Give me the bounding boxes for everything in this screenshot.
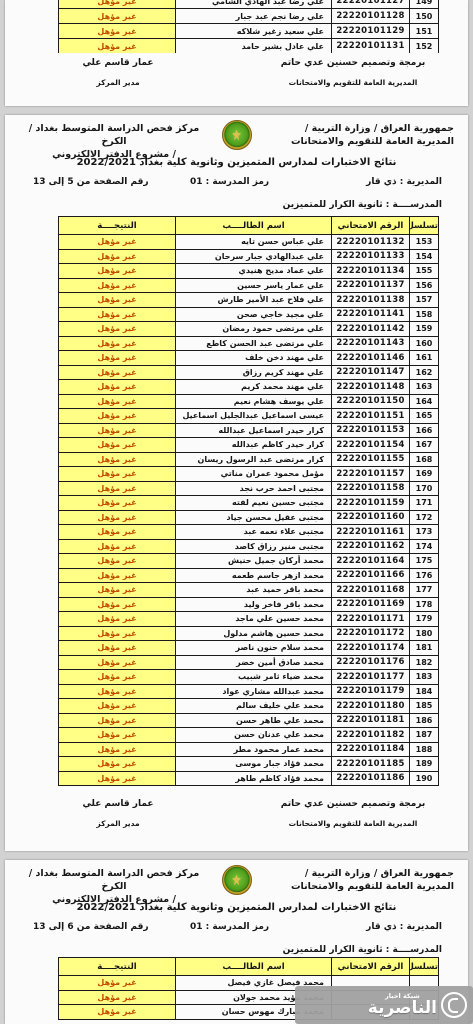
serial-cell: 160 [410, 336, 439, 351]
result-cell: غير مؤهل [59, 452, 176, 467]
student-name-cell: علي مهند محمد كريم [176, 380, 332, 395]
exam-number-cell: 22220101172 [332, 626, 410, 641]
table-row: 18622220101181محمد علي طاهر حسنغير مؤهل [59, 713, 439, 728]
exam-number-cell: 22220101171 [332, 612, 410, 627]
serial-cell: 156 [410, 278, 439, 293]
school-name-label: المدرســــة : ثانوية الكرار للمتميزين [283, 200, 442, 210]
student-name-cell: محمد حسين علي ماجد [176, 612, 332, 627]
info-line: المديرية : ذي قار رمز المدرسة : 01 رقم ا… [5, 922, 468, 935]
student-name-cell: علي مهند كريم رزاق [176, 365, 332, 380]
serial-cell: 166 [410, 423, 439, 438]
result-cell: غير مؤهل [59, 409, 176, 424]
student-name-cell: محمد علي طاهر حسن [176, 713, 332, 728]
table-row: 17122220101159مجتبى حسين نعيم لفتهغير مؤ… [59, 496, 439, 511]
student-name-cell: مؤمل محمود عمران مناتي [176, 467, 332, 482]
student-name-cell: كرار مرتضى عبد الرسول ريسان [176, 452, 332, 467]
student-name-cell: علي مرتضى عبد الحسن كاطع [176, 336, 332, 351]
exam-number-cell: 22220101160 [332, 510, 410, 525]
student-name-cell: مجتبى حسين نعيم لفته [176, 496, 332, 511]
student-name-cell: محمد ازهر جاسم طعمه [176, 568, 332, 583]
serial-cell: 177 [410, 583, 439, 598]
student-name-cell: مجتبى احمد حرب نجد [176, 481, 332, 496]
exam-number-cell: 22220101150 [332, 394, 410, 409]
footer-signature: عمار قاسم علي مدير المركز [73, 58, 163, 87]
footer-directorate-name: المديرية العامة للتقويم والامتحانات [263, 78, 443, 87]
exam-number-cell: 22220101134 [332, 264, 410, 279]
serial-cell: 151 [410, 24, 439, 39]
serial-cell: 152 [410, 39, 439, 54]
header-gov-line2: المديرية العامة للتقويم والامتحانات [269, 880, 454, 893]
exam-number-cell: 22220101154 [332, 438, 410, 453]
serial-cell: 159 [410, 322, 439, 337]
result-cell: غير مؤهل [59, 365, 176, 380]
header-center-block: مركز فحص الدراسة المتوسط بغداد / الكرخ /… [19, 122, 209, 161]
serial-cell: 174 [410, 539, 439, 554]
exam-number-cell: 22220101161 [332, 525, 410, 540]
exam-number-cell: 22220101131 [332, 39, 410, 54]
table-row: 15622220101137علي عمار ياسر حسينغير مؤهل [59, 278, 439, 293]
serial-cell: 158 [410, 307, 439, 322]
student-name-cell: محمد عبدالله مشاري عواد [176, 684, 332, 699]
result-column-header: النتيجــــة [59, 958, 176, 976]
table-row: 18822220101184محمد عمار محمود مطرغير مؤه… [59, 742, 439, 757]
table-row: 16322220101148علي مهند محمد كريمغير مؤهل [59, 380, 439, 395]
serial-cell: 180 [410, 626, 439, 641]
result-cell: غير مؤهل [59, 583, 176, 598]
result-cell: غير مؤهل [59, 757, 176, 772]
exam-number-cell: 22220101141 [332, 307, 410, 322]
serial-cell: 185 [410, 699, 439, 714]
student-name-cell: محمد سلام حنون ناصر [176, 641, 332, 656]
serial-cell: 182 [410, 655, 439, 670]
result-cell: غير مؤهل [59, 626, 176, 641]
result-cell: غير مؤهل [59, 336, 176, 351]
table-row: 15322220101132علي عباس حسن تايهغير مؤهل [59, 235, 439, 250]
table-row: 15822220101141علي مجيد خاجي صحنغير مؤهل [59, 307, 439, 322]
result-column-header: النتيجــــة [59, 217, 176, 235]
header-center-block: مركز فحص الدراسة المتوسط بغداد / الكرخ /… [19, 867, 209, 906]
exam-number-cell: 22220101159 [332, 496, 410, 511]
student-name-cell: محمد باقر حميد عبد [176, 583, 332, 598]
serial-cell: 172 [410, 510, 439, 525]
directorate-label: المديرية : ذي قار [366, 177, 442, 187]
result-cell: غير مؤهل [59, 990, 176, 1005]
result-cell: غير مؤهل [59, 655, 176, 670]
table-row: 15422220101133علي عبدالهادي جبار سرحانغي… [59, 249, 439, 264]
result-cell: غير مؤهل [59, 728, 176, 743]
student-name-cell: علي عباس حسن تايه [176, 235, 332, 250]
exam-number-cell: 22220101169 [332, 597, 410, 612]
page-number-label: رقم الصفحة من 5 إلى 13 [33, 177, 149, 187]
student-name-cell: محمد ضياء ثامر شبيب [176, 670, 332, 685]
footer-director-name: عمار قاسم علي [73, 58, 163, 68]
exam-number-column-header: الرقم الامتحاني [332, 958, 410, 976]
result-cell: غير مؤهل [59, 380, 176, 395]
document-title: نتائج الاختبارات لمدارس المتميزين وثانوي… [5, 157, 468, 168]
results-table: تسلسل الرقم الامتحاني اسم الطالــــب الن… [58, 216, 439, 786]
exam-number-cell: 22220101127 [332, 0, 410, 9]
results-table: 14922220101127علي رضا عبد الهادي الشاميغ… [58, 0, 439, 53]
table-row: 14922220101127علي رضا عبد الهادي الشاميغ… [59, 0, 439, 9]
table-row: 15922220101142علي مرتضى حمود رمضانغير مؤ… [59, 322, 439, 337]
serial-cell: 188 [410, 742, 439, 757]
result-cell: غير مؤهل [59, 481, 176, 496]
serial-cell: 176 [410, 568, 439, 583]
exam-number-cell: 22220101133 [332, 249, 410, 264]
result-cell: غير مؤهل [59, 264, 176, 279]
serial-cell: 186 [410, 713, 439, 728]
page-footer: برمجة وتصميم حسنين عدي حاتم المديرية الع… [5, 799, 468, 859]
results-table-head: تسلسل الرقم الامتحاني اسم الطالــــب الن… [59, 217, 439, 235]
serial-cell: 173 [410, 525, 439, 540]
table-row: 15122220101129علي سعيد زغير شلاكهغير مؤه… [59, 24, 439, 39]
serial-cell: 162 [410, 365, 439, 380]
footer-signature: عمار قاسم علي مدير المركز [73, 799, 163, 828]
exam-number-cell: 22220101157 [332, 467, 410, 482]
table-row: 17322220101161مجتبى علاء نعمه عبدغير مؤه… [59, 525, 439, 540]
directorate-label: المديرية : ذي قار [366, 922, 442, 932]
serial-cell: 157 [410, 293, 439, 308]
result-cell: غير مؤهل [59, 742, 176, 757]
footer-programming-credit: برمجة وتصميم حسنين عدي حاتم [263, 58, 443, 68]
table-row: 18322220101177محمد ضياء ثامر شبيبغير مؤه… [59, 670, 439, 685]
footer-credits: برمجة وتصميم حسنين عدي حاتم المديرية الع… [263, 799, 443, 828]
exam-number-cell: 22220101151 [332, 409, 410, 424]
exam-number-cell: 22220101128 [332, 9, 410, 24]
result-cell: غير مؤهل [59, 554, 176, 569]
news-network-logo-icon [441, 992, 467, 1018]
exam-number-cell: 22220101166 [332, 568, 410, 583]
table-row: 16422220101150علي يوسف هشام نعيمغير مؤهل [59, 394, 439, 409]
result-cell: غير مؤهل [59, 394, 176, 409]
result-cell: غير مؤهل [59, 423, 176, 438]
serial-column-header: تسلسل [410, 958, 439, 976]
result-cell: غير مؤهل [59, 351, 176, 366]
result-cell: غير مؤهل [59, 467, 176, 482]
serial-column-header: تسلسل [410, 217, 439, 235]
result-cell: غير مؤهل [59, 278, 176, 293]
results-table-fragment: 14922220101127علي رضا عبد الهادي الشاميغ… [57, 0, 439, 53]
exam-number-cell: 22220101146 [332, 351, 410, 366]
table-row: 17822220101169محمد باقر فاخر وليدغير مؤه… [59, 597, 439, 612]
school-name-label: المدرســــة : ثانوية الكرار للمتميزين [283, 945, 442, 955]
result-cell: غير مؤهل [59, 235, 176, 250]
exam-number-cell: 22220101185 [332, 757, 410, 772]
serial-cell: 179 [410, 612, 439, 627]
table-row: 17522220101164محمد أركان جميل حنيشغير مؤ… [59, 554, 439, 569]
table-row: 18922220101185محمد فؤاد جبار موسىغير مؤه… [59, 757, 439, 772]
result-cell: غير مؤهل [59, 1005, 176, 1020]
result-cell: غير مؤهل [59, 771, 176, 786]
student-name-cell: علي مهند دخن خلف [176, 351, 332, 366]
result-cell: غير مؤهل [59, 249, 176, 264]
exam-number-cell: 22220101168 [332, 583, 410, 598]
student-name-cell: علي فلاح عبد الأمير طارش [176, 293, 332, 308]
exam-number-cell: 22220101177 [332, 670, 410, 685]
table-row: 15722220101138علي فلاح عبد الأمير طارشغي… [59, 293, 439, 308]
table-row: 19022220101186محمد فؤاد كاظم طاهرغير مؤه… [59, 771, 439, 786]
result-cell: غير مؤهل [59, 597, 176, 612]
table-row: 18722220101182محمد علي عدنان حسنغير مؤهل [59, 728, 439, 743]
serial-cell: 184 [410, 684, 439, 699]
student-name-cell: علي رضا نجم عبد جبار [176, 9, 332, 24]
exam-number-cell: 22220101153 [332, 423, 410, 438]
header-center-line1: مركز فحص الدراسة المتوسط بغداد / الكرخ [19, 867, 209, 893]
serial-cell: 155 [410, 264, 439, 279]
serial-cell: 163 [410, 380, 439, 395]
document-title: نتائج الاختبارات لمدارس المتميزين وثانوي… [5, 902, 468, 913]
exam-number-cell: 22220101147 [332, 365, 410, 380]
student-name-cell: مجتبى علاء نعمه عبد [176, 525, 332, 540]
result-cell: غير مؤهل [59, 39, 176, 54]
student-name-cell: علي سعيد زغير شلاكه [176, 24, 332, 39]
serial-cell: 153 [410, 235, 439, 250]
results-table-wrap: تسلسل الرقم الامتحاني اسم الطالــــب الن… [57, 216, 439, 786]
serial-cell: 189 [410, 757, 439, 772]
exam-number-cell: 22220101179 [332, 684, 410, 699]
student-name-cell: محمد عمار محمود مطر [176, 742, 332, 757]
table-row: 18422220101179محمد عبدالله مشاري عوادغير… [59, 684, 439, 699]
table-row: 16522220101151عيسى اسماعيل عبدالجليل اسم… [59, 409, 439, 424]
student-name-cell: محمد أركان جميل حنيش [176, 554, 332, 569]
serial-cell: 161 [410, 351, 439, 366]
student-name-cell: علي مجيد خاجي صحن [176, 307, 332, 322]
result-cell: غير مؤهل [59, 24, 176, 39]
watermark-main-text: الناصرية [368, 1000, 437, 1017]
header-gov-line2: المديرية العامة للتقويم والامتحانات [269, 135, 454, 148]
student-name-cell: كرار حيدر اسماعيل عبدالله [176, 423, 332, 438]
student-name-cell: محمد علي خليف سالم [176, 699, 332, 714]
serial-cell: 149 [410, 0, 439, 9]
exam-number-cell: 22220101148 [332, 380, 410, 395]
table-row: 15222220101131علي عادل بشير حامدغير مؤهل [59, 39, 439, 54]
table-row: 17722220101168محمد باقر حميد عبدغير مؤهل [59, 583, 439, 598]
serial-cell: 175 [410, 554, 439, 569]
student-name-cell: عيسى اسماعيل عبدالجليل اسماعيل [176, 409, 332, 424]
results-table-head: تسلسل الرقم الامتحاني اسم الطالــــب الن… [59, 958, 439, 976]
result-cell: غير مؤهل [59, 612, 176, 627]
student-name-cell: علي عمار ياسر حسين [176, 278, 332, 293]
nasiriyah-news-watermark: شبكة اخبار الناصرية [295, 986, 473, 1024]
table-row: 16022220101143علي مرتضى عبد الحسن كاطعغي… [59, 336, 439, 351]
footer-credits: برمجة وتصميم حسنين عدي حاتم المديرية الع… [263, 58, 443, 87]
results-page: جمهورية العراق / وزارة التربية / المديري… [5, 115, 468, 851]
student-name-cell: محمد حسين هاشم مدلول [176, 626, 332, 641]
serial-cell: 178 [410, 597, 439, 612]
table-row: 17922220101171محمد حسين علي ماجدغير مؤهل [59, 612, 439, 627]
serial-cell: 168 [410, 452, 439, 467]
result-cell: غير مؤهل [59, 510, 176, 525]
footer-director-title: مدير المركز [73, 78, 163, 87]
serial-cell: 183 [410, 670, 439, 685]
exam-number-cell: 22220101142 [332, 322, 410, 337]
header-row: تسلسل الرقم الامتحاني اسم الطالــــب الن… [59, 958, 439, 976]
exam-number-cell: 22220101129 [332, 24, 410, 39]
exam-number-cell: 22220101137 [332, 278, 410, 293]
table-row: 18022220101172محمد حسين هاشم مدلولغير مؤ… [59, 626, 439, 641]
result-cell: غير مؤهل [59, 713, 176, 728]
header-center-line1: مركز فحص الدراسة المتوسط بغداد / الكرخ [19, 122, 209, 148]
student-name-cell: علي عبدالهادي جبار سرحان [176, 249, 332, 264]
result-cell: غير مؤهل [59, 496, 176, 511]
exam-number-cell: 22220101155 [332, 452, 410, 467]
table-row: 17022220101158مجتبى احمد حرب نجدغير مؤهل [59, 481, 439, 496]
exam-number-cell: 22220101162 [332, 539, 410, 554]
exam-number-cell: 22220101186 [332, 771, 410, 786]
footer-director-title: مدير المركز [73, 819, 163, 828]
result-cell: غير مؤهل [59, 684, 176, 699]
student-name-cell: علي عادل بشير حامد [176, 39, 332, 54]
table-row: 16722220101154كرار حيدر كاظم عبداللهغير … [59, 438, 439, 453]
results-page-fragment: 14922220101127علي رضا عبد الهادي الشاميغ… [5, 0, 468, 106]
serial-cell: 169 [410, 467, 439, 482]
table-row: 18522220101180محمد علي خليف سالمغير مؤهل [59, 699, 439, 714]
header-government-block: جمهورية العراق / وزارة التربية / المديري… [269, 122, 454, 148]
serial-cell: 154 [410, 249, 439, 264]
table-row: 15522220101134علي عماد مديح هنيديغير مؤه… [59, 264, 439, 279]
table-row: 15022220101128علي رضا نجم عبد جبارغير مؤ… [59, 9, 439, 24]
document-viewer: { "colors": { "app_background": "#d2d2d2… [0, 0, 473, 1024]
student-name-cell: علي مرتضى حمود رمضان [176, 322, 332, 337]
student-name-cell: علي عماد مديح هنيدي [176, 264, 332, 279]
result-cell: غير مؤهل [59, 322, 176, 337]
school-code-label: رمز المدرسة : 01 [190, 177, 269, 187]
ministry-emblem-icon [222, 120, 252, 150]
student-name-cell: مجتبى منير رزاق كاصد [176, 539, 332, 554]
serial-cell: 181 [410, 641, 439, 656]
result-cell: غير مؤهل [59, 307, 176, 322]
table-row: 18122220101174محمد سلام حنون ناصرغير مؤه… [59, 641, 439, 656]
serial-cell: 150 [410, 9, 439, 24]
result-cell: غير مؤهل [59, 976, 176, 991]
result-cell: غير مؤهل [59, 9, 176, 24]
serial-cell: 190 [410, 771, 439, 786]
exam-number-cell: 22220101182 [332, 728, 410, 743]
school-code-label: رمز المدرسة : 01 [190, 922, 269, 932]
exam-number-cell: 22220101132 [332, 235, 410, 250]
header-government-block: جمهورية العراق / وزارة التربية / المديري… [269, 867, 454, 893]
student-name-column-header: اسم الطالــــب [176, 958, 332, 976]
result-cell: غير مؤهل [59, 438, 176, 453]
serial-cell: 187 [410, 728, 439, 743]
student-name-cell: محمد باقر فاخر وليد [176, 597, 332, 612]
table-row: 17422220101162مجتبى منير رزاق كاصدغير مؤ… [59, 539, 439, 554]
page-number-label: رقم الصفحة من 6 إلى 13 [33, 922, 149, 932]
exam-number-cell: 22220101181 [332, 713, 410, 728]
table-row: 16822220101155كرار مرتضى عبد الرسول ريسا… [59, 452, 439, 467]
table-row: 18222220101176محمد صادق أمين خضرغير مؤهل [59, 655, 439, 670]
student-name-cell: علي يوسف هشام نعيم [176, 394, 332, 409]
footer-directorate-name: المديرية العامة للتقويم والامتحانات [263, 819, 443, 828]
news-network-text: شبكة اخبار الناصرية [368, 993, 437, 1018]
info-line: المديرية : ذي قار رمز المدرسة : 01 رقم ا… [5, 177, 468, 190]
results-table-body: 15322220101132علي عباس حسن تايهغير مؤهل1… [59, 235, 439, 786]
student-name-column-header: اسم الطالــــب [176, 217, 332, 235]
page-footer: برمجة وتصميم حسنين عدي حاتم المديرية الع… [5, 58, 468, 118]
student-name-cell: كرار حيدر كاظم عبدالله [176, 438, 332, 453]
result-cell: غير مؤهل [59, 641, 176, 656]
exam-number-cell: 22220101180 [332, 699, 410, 714]
footer-programming-credit: برمجة وتصميم حسنين عدي حاتم [263, 799, 443, 809]
serial-cell: 165 [410, 409, 439, 424]
result-cell: غير مؤهل [59, 525, 176, 540]
serial-cell: 170 [410, 481, 439, 496]
result-cell: غير مؤهل [59, 539, 176, 554]
header-row: تسلسل الرقم الامتحاني اسم الطالــــب الن… [59, 217, 439, 235]
result-cell: غير مؤهل [59, 0, 176, 9]
exam-number-cell: 22220101174 [332, 641, 410, 656]
student-name-cell: محمد علي عدنان حسن [176, 728, 332, 743]
table-row: 16922220101157مؤمل محمود عمران مناتيغير … [59, 467, 439, 482]
table-row: 16122220101146علي مهند دخن خلفغير مؤهل [59, 351, 439, 366]
exam-number-cell: 22220101143 [332, 336, 410, 351]
footer-director-name: عمار قاسم علي [73, 799, 163, 809]
exam-number-cell: 22220101184 [332, 742, 410, 757]
serial-cell: 167 [410, 438, 439, 453]
exam-number-cell: 22220101176 [332, 655, 410, 670]
student-name-cell: محمد صادق أمين خضر [176, 655, 332, 670]
student-name-cell: مجتبى عقيل محسن جياد [176, 510, 332, 525]
table-row: 16622220101153كرار حيدر اسماعيل عبداللهغ… [59, 423, 439, 438]
table-row: 17622220101166محمد ازهر جاسم طعمهغير مؤه… [59, 568, 439, 583]
table-row: 17222220101160مجتبى عقيل محسن جيادغير مؤ… [59, 510, 439, 525]
result-cell: غير مؤهل [59, 568, 176, 583]
results-table-body: 14922220101127علي رضا عبد الهادي الشاميغ… [59, 0, 439, 53]
student-name-cell: محمد فؤاد كاظم طاهر [176, 771, 332, 786]
table-row: 16222220101147علي مهند كريم رزاقغير مؤهل [59, 365, 439, 380]
result-cell: غير مؤهل [59, 670, 176, 685]
serial-cell: 164 [410, 394, 439, 409]
student-name-cell: محمد فؤاد جبار موسى [176, 757, 332, 772]
result-cell: غير مؤهل [59, 293, 176, 308]
header-gov-line1: جمهورية العراق / وزارة التربية / [269, 122, 454, 135]
serial-cell: 171 [410, 496, 439, 511]
ministry-emblem-icon [222, 865, 252, 895]
exam-number-column-header: الرقم الامتحاني [332, 217, 410, 235]
header-gov-line1: جمهورية العراق / وزارة التربية / [269, 867, 454, 880]
exam-number-cell: 22220101164 [332, 554, 410, 569]
exam-number-cell: 22220101138 [332, 293, 410, 308]
student-name-cell: علي رضا عبد الهادي الشامي [176, 0, 332, 9]
exam-number-cell: 22220101158 [332, 481, 410, 496]
result-cell: غير مؤهل [59, 699, 176, 714]
